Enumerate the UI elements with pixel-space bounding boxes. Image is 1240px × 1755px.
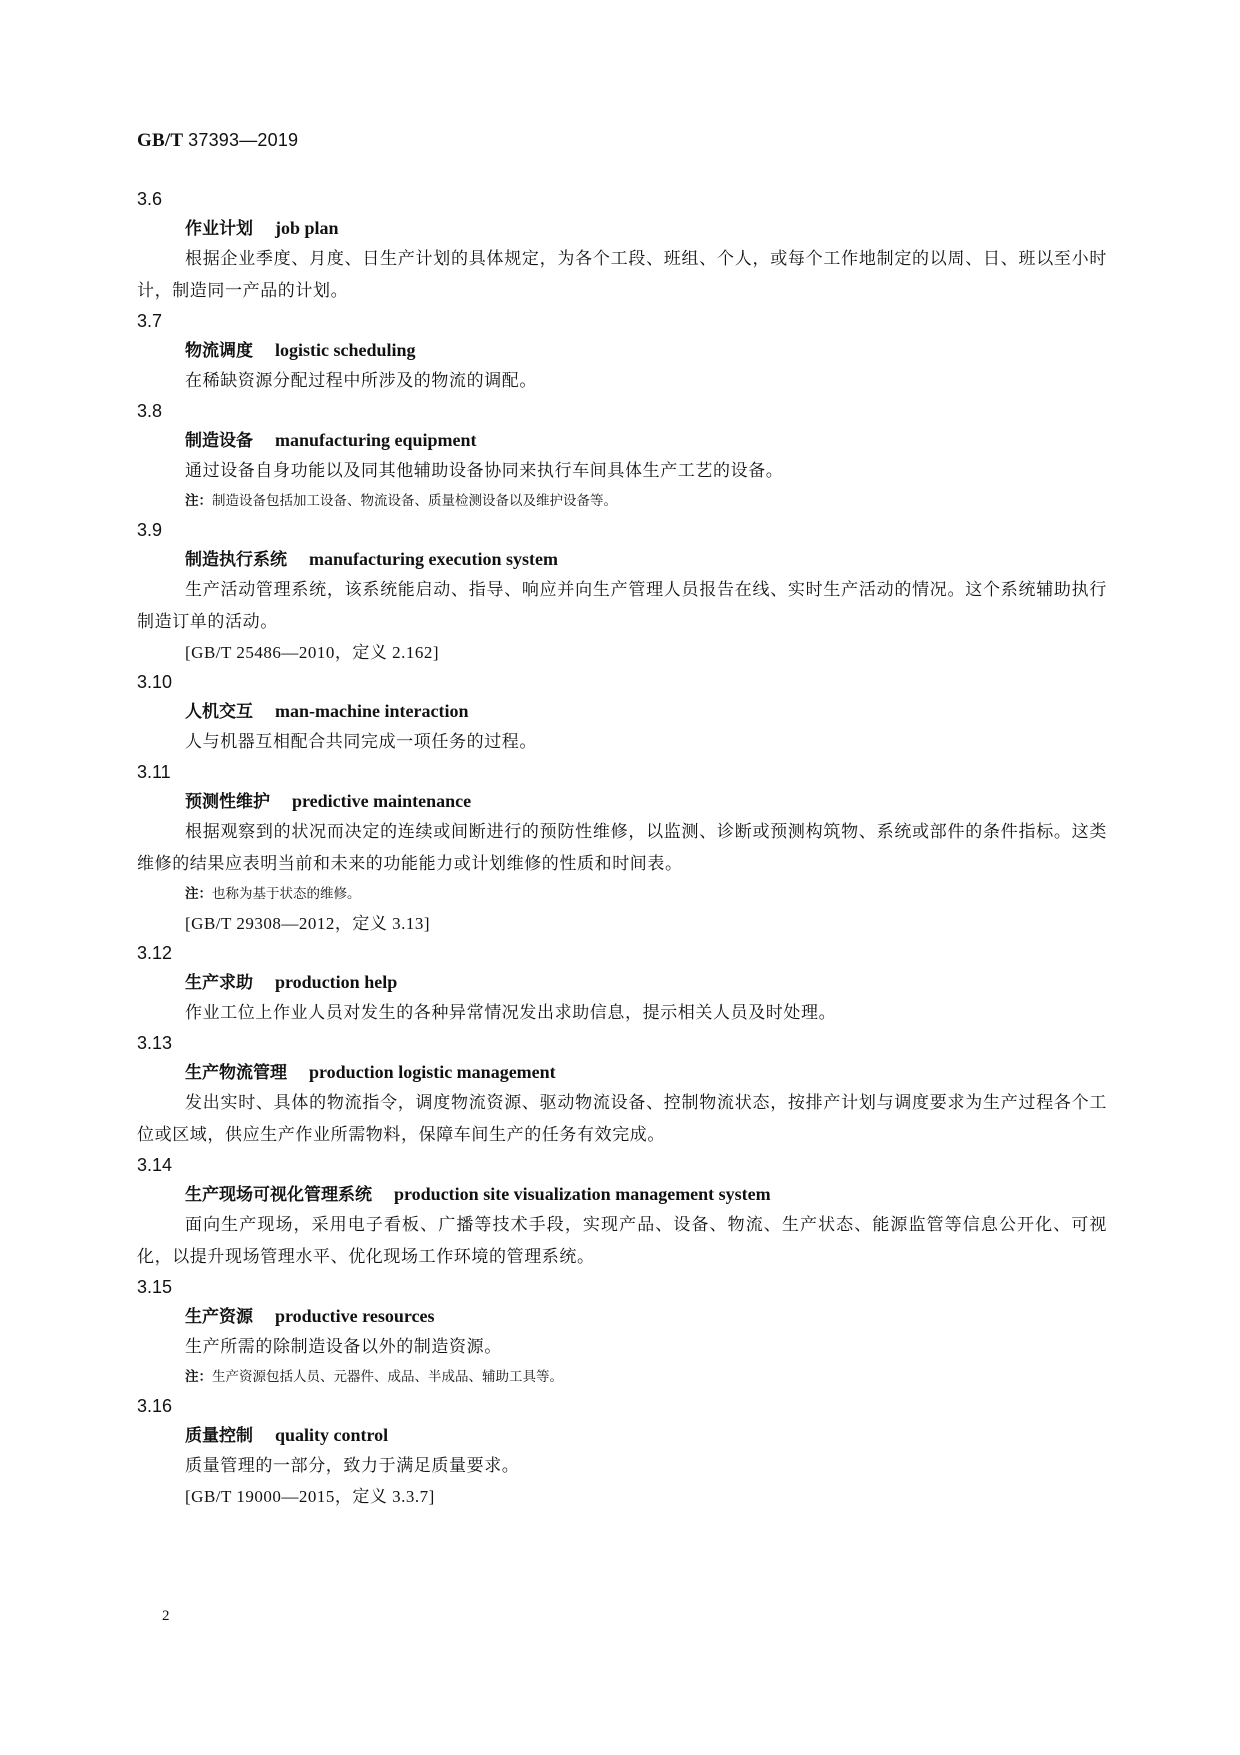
term-entry: 3.8 制造设备manufacturing equipment 通过设备自身功能… bbox=[137, 397, 1107, 516]
term-zh: 质量控制 bbox=[185, 1426, 253, 1446]
term-title: 生产物流管理production logistic management bbox=[137, 1058, 1107, 1087]
term-entry: 3.12 生产求助production help 作业工位上作业人员对发生的各种… bbox=[137, 939, 1107, 1029]
term-definition: 根据观察到的状况而决定的连续或间断进行的预防性维修，以监测、诊断或预测构筑物、系… bbox=[137, 816, 1107, 880]
term-en: job plan bbox=[275, 218, 339, 238]
term-entry: 3.13 生产物流管理production logistic managemen… bbox=[137, 1029, 1107, 1151]
term-title: 物流调度logistic scheduling bbox=[137, 336, 1107, 365]
term-title: 制造执行系统manufacturing execution system bbox=[137, 545, 1107, 574]
term-entry: 3.6 作业计划job plan 根据企业季度、月度、日生产计划的具体规定，为各… bbox=[137, 185, 1107, 307]
term-zh: 生产资源 bbox=[185, 1307, 253, 1327]
term-definition: 作业工位上作业人员对发生的各种异常情况发出求助信息，提示相关人员及时处理。 bbox=[137, 997, 1107, 1029]
entry-number: 3.9 bbox=[137, 516, 1107, 545]
term-en: logistic scheduling bbox=[275, 340, 416, 360]
entry-number: 3.16 bbox=[137, 1392, 1107, 1421]
term-definition: 生产活动管理系统，该系统能启动、指导、响应并向生产管理人员报告在线、实时生产活动… bbox=[137, 574, 1107, 638]
term-zh: 生产现场可视化管理系统 bbox=[185, 1185, 372, 1205]
note-label: 注： bbox=[185, 886, 212, 902]
note-text: 也称为基于状态的维修。 bbox=[212, 886, 361, 902]
term-note: 注：制造设备包括加工设备、物流设备、质量检测设备以及维护设备等。 bbox=[137, 487, 1107, 516]
term-title: 质量控制quality control bbox=[137, 1421, 1107, 1450]
term-en: manufacturing execution system bbox=[309, 549, 558, 569]
term-zh: 预测性维护 bbox=[185, 792, 270, 812]
term-zh: 生产求助 bbox=[185, 973, 253, 993]
term-definition: 人与机器互相配合共同完成一项任务的过程。 bbox=[137, 726, 1107, 758]
note-text: 制造设备包括加工设备、物流设备、质量检测设备以及维护设备等。 bbox=[212, 493, 617, 509]
term-definition: 生产所需的除制造设备以外的制造资源。 bbox=[137, 1331, 1107, 1363]
term-zh: 人机交互 bbox=[185, 702, 253, 722]
note-label: 注： bbox=[185, 1369, 212, 1385]
term-zh: 制造执行系统 bbox=[185, 550, 287, 570]
term-definition: 根据企业季度、月度、日生产计划的具体规定，为各个工段、班组、个人，或每个工作地制… bbox=[137, 243, 1107, 307]
term-en: productive resources bbox=[275, 1306, 435, 1326]
term-entry: 3.7 物流调度logistic scheduling 在稀缺资源分配过程中所涉… bbox=[137, 307, 1107, 397]
term-title: 人机交互man-machine interaction bbox=[137, 697, 1107, 726]
term-en: man-machine interaction bbox=[275, 701, 468, 721]
term-en: predictive maintenance bbox=[292, 791, 471, 811]
entry-number: 3.13 bbox=[137, 1029, 1107, 1058]
term-entry: 3.15 生产资源productive resources 生产所需的除制造设备… bbox=[137, 1273, 1107, 1392]
term-title: 制造设备manufacturing equipment bbox=[137, 426, 1107, 455]
term-entry: 3.9 制造执行系统manufacturing execution system… bbox=[137, 516, 1107, 668]
term-title: 预测性维护predictive maintenance bbox=[137, 787, 1107, 816]
term-zh: 制造设备 bbox=[185, 431, 253, 451]
term-definition: 在稀缺资源分配过程中所涉及的物流的调配。 bbox=[137, 365, 1107, 397]
entry-number: 3.7 bbox=[137, 307, 1107, 336]
entry-number: 3.15 bbox=[137, 1273, 1107, 1302]
term-en: production site visualization management… bbox=[394, 1184, 771, 1204]
term-zh: 作业计划 bbox=[185, 219, 253, 239]
term-title: 生产现场可视化管理系统production site visualization… bbox=[137, 1180, 1107, 1209]
term-definition: 质量管理的一部分，致力于满足质量要求。 bbox=[137, 1450, 1107, 1482]
term-source-reference: [GB/T 19000—2015，定义 3.3.7] bbox=[137, 1482, 1107, 1512]
note-label: 注： bbox=[185, 493, 212, 509]
term-source-reference: [GB/T 29308—2012，定义 3.13] bbox=[137, 909, 1107, 939]
entry-number: 3.10 bbox=[137, 668, 1107, 697]
term-definition: 通过设备自身功能以及同其他辅助设备协同来执行车间具体生产工艺的设备。 bbox=[137, 455, 1107, 487]
standard-code-header: GB/T 37393—2019 bbox=[137, 130, 298, 152]
term-note: 注：生产资源包括人员、元器件、成品、半成品、辅助工具等。 bbox=[137, 1363, 1107, 1392]
term-note: 注：也称为基于状态的维修。 bbox=[137, 880, 1107, 909]
term-entry: 3.11 预测性维护predictive maintenance 根据观察到的状… bbox=[137, 758, 1107, 939]
entry-number: 3.12 bbox=[137, 939, 1107, 968]
term-title: 作业计划job plan bbox=[137, 214, 1107, 243]
term-definition: 发出实时、具体的物流指令，调度物流资源、驱动物流设备、控制物流状态，按排产计划与… bbox=[137, 1087, 1107, 1151]
term-en: manufacturing equipment bbox=[275, 430, 477, 450]
term-entry: 3.10 人机交互man-machine interaction 人与机器互相配… bbox=[137, 668, 1107, 758]
entry-number: 3.14 bbox=[137, 1151, 1107, 1180]
term-source-reference: [GB/T 25486—2010，定义 2.162] bbox=[137, 638, 1107, 668]
term-entry: 3.14 生产现场可视化管理系统production site visualiz… bbox=[137, 1151, 1107, 1273]
page-number: 2 bbox=[162, 1608, 170, 1625]
standard-code-prefix: GB/T bbox=[137, 130, 183, 151]
entry-number: 3.11 bbox=[137, 758, 1107, 787]
term-definitions: 3.6 作业计划job plan 根据企业季度、月度、日生产计划的具体规定，为各… bbox=[137, 185, 1107, 1512]
term-entry: 3.16 质量控制quality control 质量管理的一部分，致力于满足质… bbox=[137, 1392, 1107, 1512]
term-definition: 面向生产现场，采用电子看板、广播等技术手段，实现产品、设备、物流、生产状态、能源… bbox=[137, 1209, 1107, 1273]
entry-number: 3.8 bbox=[137, 397, 1107, 426]
term-title: 生产求助production help bbox=[137, 968, 1107, 997]
entry-number: 3.6 bbox=[137, 185, 1107, 214]
term-en: production help bbox=[275, 972, 397, 992]
note-text: 生产资源包括人员、元器件、成品、半成品、辅助工具等。 bbox=[212, 1369, 563, 1385]
term-en: quality control bbox=[275, 1425, 388, 1445]
term-title: 生产资源productive resources bbox=[137, 1302, 1107, 1331]
term-en: production logistic management bbox=[309, 1062, 556, 1082]
term-zh: 生产物流管理 bbox=[185, 1063, 287, 1083]
standard-code-number: 37393—2019 bbox=[188, 130, 298, 150]
term-zh: 物流调度 bbox=[185, 341, 253, 361]
